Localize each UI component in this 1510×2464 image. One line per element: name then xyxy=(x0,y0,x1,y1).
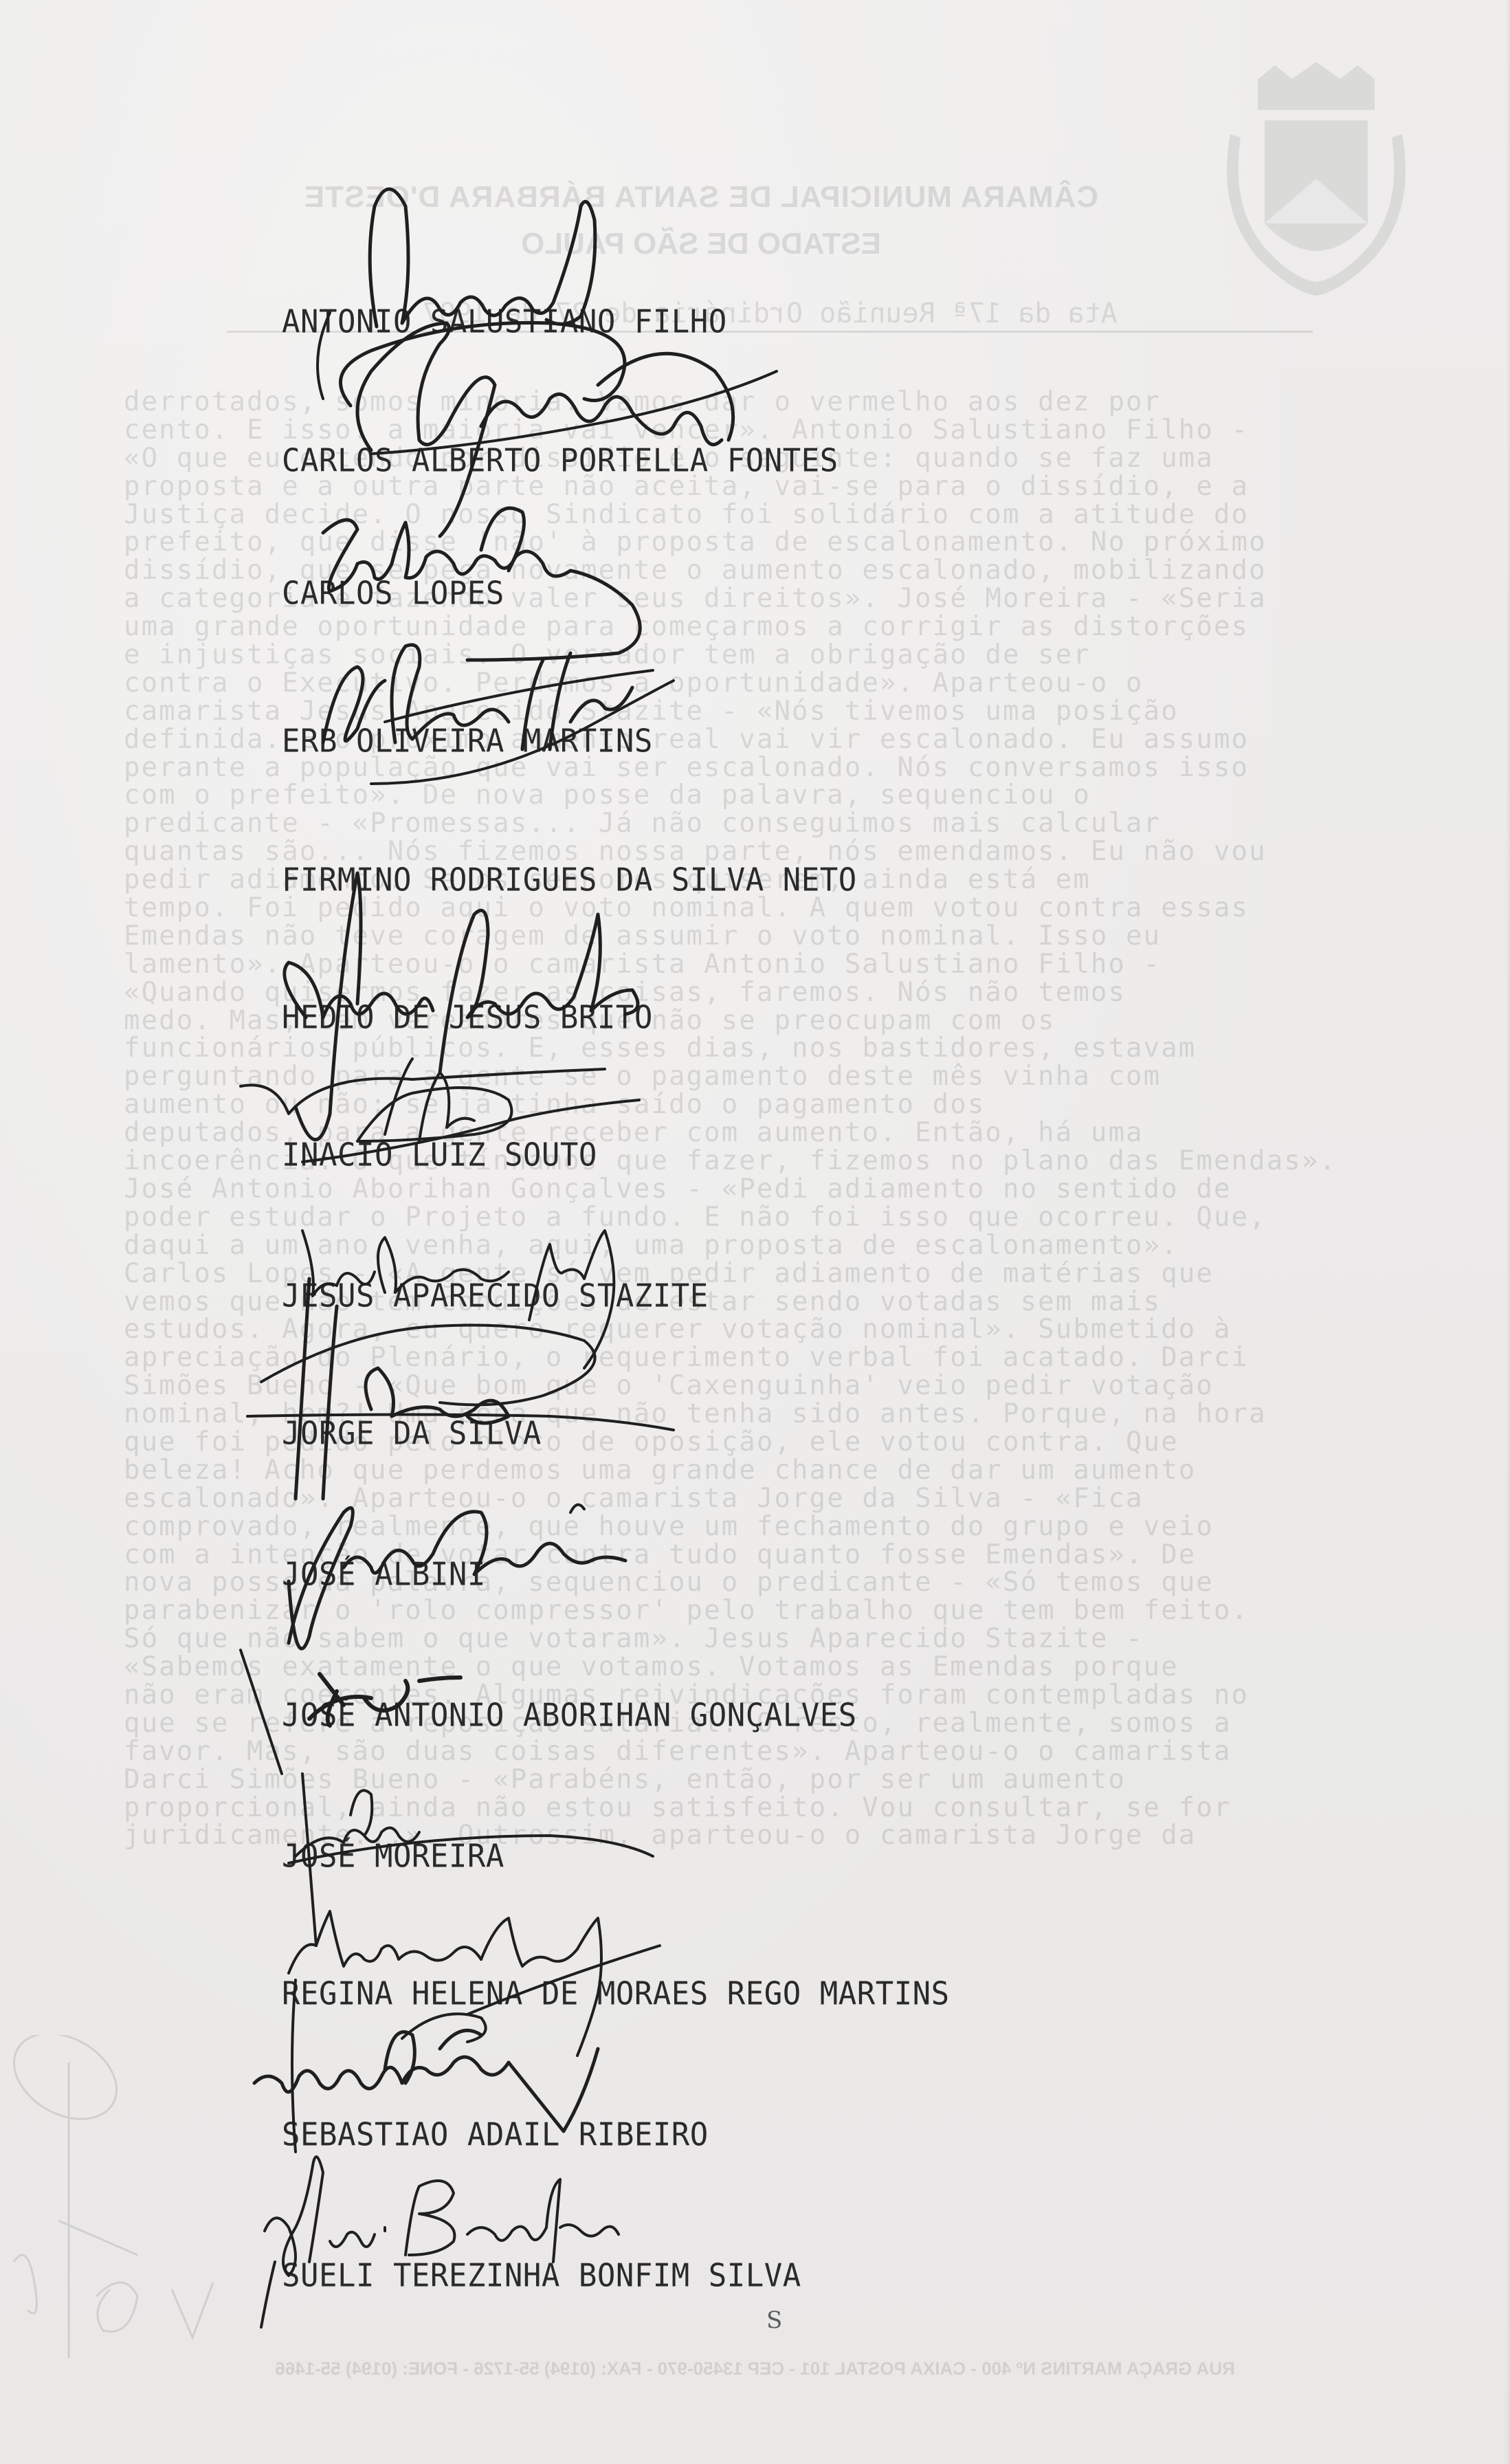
page-initial-mark: S xyxy=(766,2307,782,2334)
ghost-body-line: Simões Bueno - «Que bom que o 'Caxenguin… xyxy=(124,1372,1485,1400)
ghost-header-state: ESTADO DE SÃO PAULO xyxy=(509,227,893,261)
signatory-name: HEDIO DE JESUS BRITO xyxy=(282,1002,653,1034)
ghost-body-line: estudos. Agora, eu quero requerer votaçã… xyxy=(124,1316,1485,1344)
ghost-body-line: contra o Executivo. Perdemos a oportunid… xyxy=(124,670,1485,698)
ghost-body-line: e injustiças sociais. O vereador tem a o… xyxy=(124,641,1485,670)
margin-initials-mark xyxy=(0,2035,289,2365)
ghost-body-line: beleza! Acho que perdemos uma grande cha… xyxy=(124,1457,1485,1485)
ghost-body-line: comprovado, realmente, que houve um fech… xyxy=(124,1513,1485,1541)
ghost-body-line: com o prefeito». De nova posse da palavr… xyxy=(124,782,1485,810)
signatory-name: CARLOS LOPES xyxy=(282,578,504,610)
ghost-body-line: favor. Mas, são duas coisas diferentes».… xyxy=(124,1738,1485,1766)
ghost-body-line: proporcional, ainda não estou satisfeito… xyxy=(124,1794,1485,1823)
ghost-body-line: aumento ou não; se já tinha saído o paga… xyxy=(124,1091,1485,1119)
ghost-body-line: prefeito, que disse 'não' à proposta de … xyxy=(124,529,1485,557)
ghost-body-line: Só que não sabem o que votaram». Jesus A… xyxy=(124,1625,1485,1653)
ghost-header-council-name: CÂMARA MUNICIPAL DE SANTA BÁRBARA D'OEST… xyxy=(285,180,1117,214)
ghost-body-line: perguntando para a gente se o pagamento … xyxy=(124,1063,1485,1091)
ghost-body-line: funcionários públicos. E, esses dias, no… xyxy=(124,1035,1485,1063)
ghost-body-line: cento. E isso: a maioria vai vencer». An… xyxy=(124,417,1485,445)
ghost-body-line: daqui a um ano, venha, aqui, uma propost… xyxy=(124,1232,1485,1260)
signatory-name: CARLOS ALBERTO PORTELLA FONTES xyxy=(282,445,839,477)
signatory-name: ERB OLIVEIRA MARTINS xyxy=(282,726,653,758)
ghost-body-line: «Sabemos exatamente o que votamos. Votam… xyxy=(124,1653,1485,1682)
ghost-body-line: camarista Jesus Aparecido Stazite - «Nós… xyxy=(124,698,1485,726)
signatory-name: REGINA HELENA DE MORAES REGO MARTINS xyxy=(282,1979,950,2010)
coat-of-arms-icon xyxy=(1210,58,1423,306)
ghost-body-line: lamento». Aparteou-o o camarista Antonio… xyxy=(124,951,1485,979)
ghost-body-line: apreciação do Plenário, o requerimento v… xyxy=(124,1344,1485,1372)
ghost-body-line: uma grande oportunidade para começarmos … xyxy=(124,613,1485,641)
ghost-body-line: Darci Simões Bueno - «Parabéns, então, p… xyxy=(124,1766,1485,1794)
ghost-body-line: tempo. Foi pedido aqui o voto nominal. A… xyxy=(124,894,1485,923)
ghost-body-line: derrotados, somos minoria. Vamos dar o v… xyxy=(124,388,1485,417)
signatory-name: JOSÉ ALBINI xyxy=(282,1559,486,1591)
ghost-body-line: parabenizar o 'rolo compressor' pelo tra… xyxy=(124,1597,1485,1625)
ghost-body-line: predicante - «Promessas... Já não conseg… xyxy=(124,810,1485,838)
ghost-body-line: poder estudar o Projeto a fundo. E não f… xyxy=(124,1204,1485,1232)
ghost-body-line: escalonado». Aparteou-o o camarista Jorg… xyxy=(124,1485,1485,1513)
signatory-name: JOSÉ MOREIRA xyxy=(282,1841,504,1873)
signatory-name: INACIO LUIZ SOUTO xyxy=(282,1140,597,1171)
signatory-name: SUELI TEREZINHA BONFIM SILVA xyxy=(282,2260,801,2292)
signatory-name: JESUS APARECIDO STAZITE xyxy=(282,1281,709,1312)
signatory-name: SEBASTIAO ADAIL RIBEIRO xyxy=(282,2120,709,2151)
ghost-body-line: Emendas não teve coragem de assumir o vo… xyxy=(124,923,1485,951)
signatory-name: FIRMINO RODRIGUES DA SILVA NETO xyxy=(282,865,857,896)
ghost-body-line: José Antonio Aborihan Gonçalves - «Pedi … xyxy=(124,1176,1485,1204)
ghost-body-line: Justiça decide. O nosso Sindicato foi so… xyxy=(124,501,1485,529)
signatory-name: JORGE DA SILVA xyxy=(282,1418,542,1450)
signatory-name: JOSÉ ANTONIO ABORIHAN GONÇALVES xyxy=(282,1700,857,1732)
scan-edge-shadow xyxy=(1506,0,1510,2464)
signatory-name: ANTONIO SALUSTIANO FILHO xyxy=(282,307,727,338)
